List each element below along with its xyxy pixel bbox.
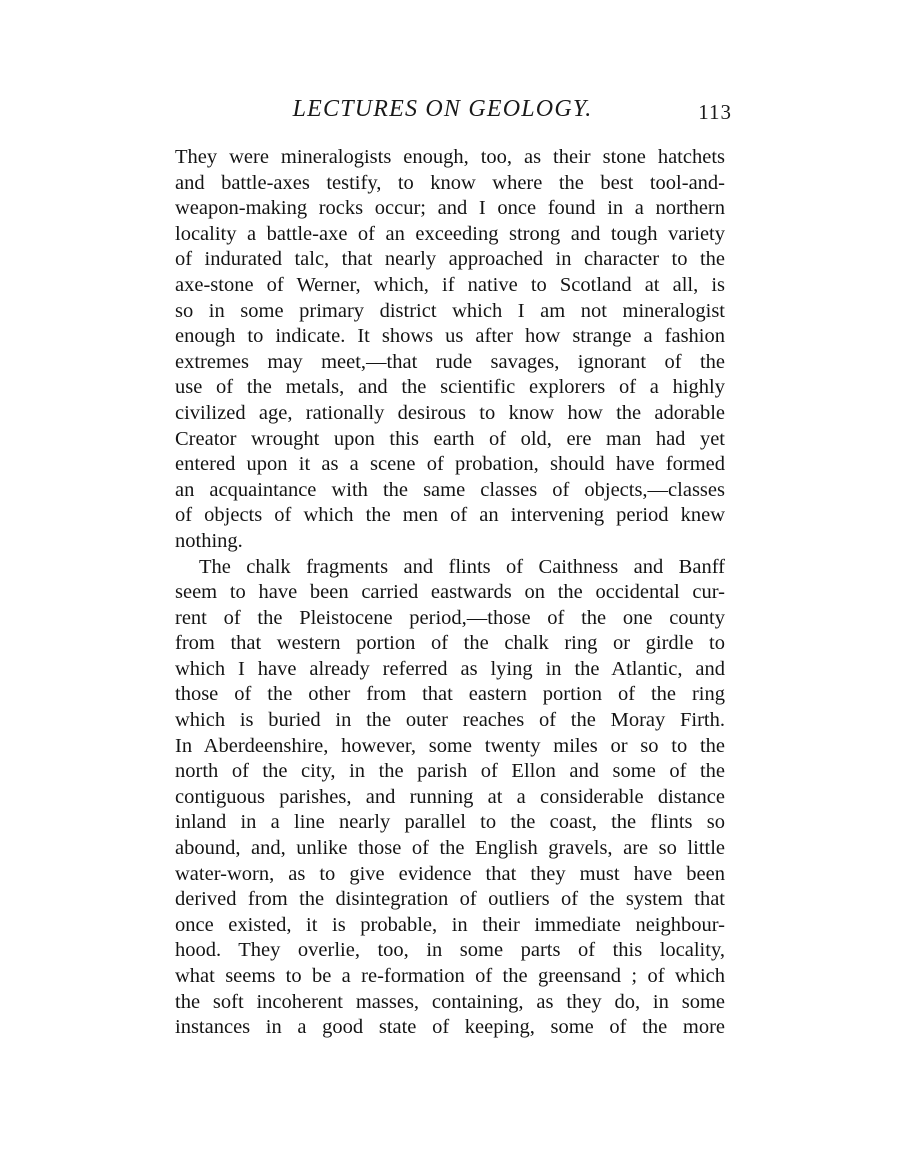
text-line: The chalk fragments and flints of Caithn…: [175, 555, 725, 581]
text-line: instances in a good state of keeping, so…: [175, 1015, 725, 1041]
text-line: weapon-making rocks occur; and I once fo…: [175, 196, 725, 222]
text-line: once existed, it is probable, in their i…: [175, 913, 725, 939]
book-page: LECTURES ON GEOLOGY. 113 They were miner…: [0, 0, 900, 1150]
text-line: entered upon it as a scene of probation,…: [175, 452, 725, 478]
text-line: civilized age, rationally desirous to kn…: [175, 401, 725, 427]
text-line: abound, and, unlike those of the English…: [175, 836, 725, 862]
body-text: They were mineralogists enough, too, as …: [175, 145, 725, 1041]
text-line: inland in a line nearly parallel to the …: [175, 810, 725, 836]
text-line: the soft incoherent masses, containing, …: [175, 990, 725, 1016]
text-line: so in some primary district which I am n…: [175, 299, 725, 325]
text-line: hood. They overlie, too, in some parts o…: [175, 938, 725, 964]
text-line: nothing.: [175, 529, 725, 555]
text-line: In Aberdeenshire, however, some twenty m…: [175, 734, 725, 760]
text-line: which I have already referred as lying i…: [175, 657, 725, 683]
paragraph-1: They were mineralogists enough, too, as …: [175, 145, 725, 555]
text-line: north of the city, in the parish of Ello…: [175, 759, 725, 785]
text-line: and battle-axes testify, to know where t…: [175, 171, 725, 197]
text-line: rent of the Pleistocene period,—those of…: [175, 606, 725, 632]
text-line: contiguous parishes, and running at a co…: [175, 785, 725, 811]
running-title: LECTURES ON GEOLOGY.: [175, 96, 730, 123]
text-line: of indurated talc, that nearly approache…: [175, 247, 725, 273]
text-line: of objects of which the men of an interv…: [175, 503, 725, 529]
text-line: an acquaintance with the same classes of…: [175, 478, 725, 504]
text-line: derived from the disintegration of outli…: [175, 887, 725, 913]
text-line: Creator wrought upon this earth of old, …: [175, 427, 725, 453]
paragraph-2: The chalk fragments and flints of Caithn…: [175, 555, 725, 1041]
text-line: what seems to be a re-formation of the g…: [175, 964, 725, 990]
text-line: which is buried in the outer reaches of …: [175, 708, 725, 734]
text-line: use of the metals, and the scientific ex…: [175, 375, 725, 401]
text-line: They were mineralogists enough, too, as …: [175, 145, 725, 171]
text-line: enough to indicate. It shows us after ho…: [175, 324, 725, 350]
text-line: locality a battle-axe of an exceeding st…: [175, 222, 725, 248]
running-head: LECTURES ON GEOLOGY. 113: [175, 96, 730, 128]
text-line: extremes may meet,—that rude savages, ig…: [175, 350, 725, 376]
page-number: 113: [698, 100, 732, 125]
text-line: axe-stone of Werner, which, if native to…: [175, 273, 725, 299]
text-line: from that western portion of the chalk r…: [175, 631, 725, 657]
text-line: water-worn, as to give evidence that the…: [175, 862, 725, 888]
text-line: those of the other from that eastern por…: [175, 682, 725, 708]
text-line: seem to have been carried eastwards on t…: [175, 580, 725, 606]
